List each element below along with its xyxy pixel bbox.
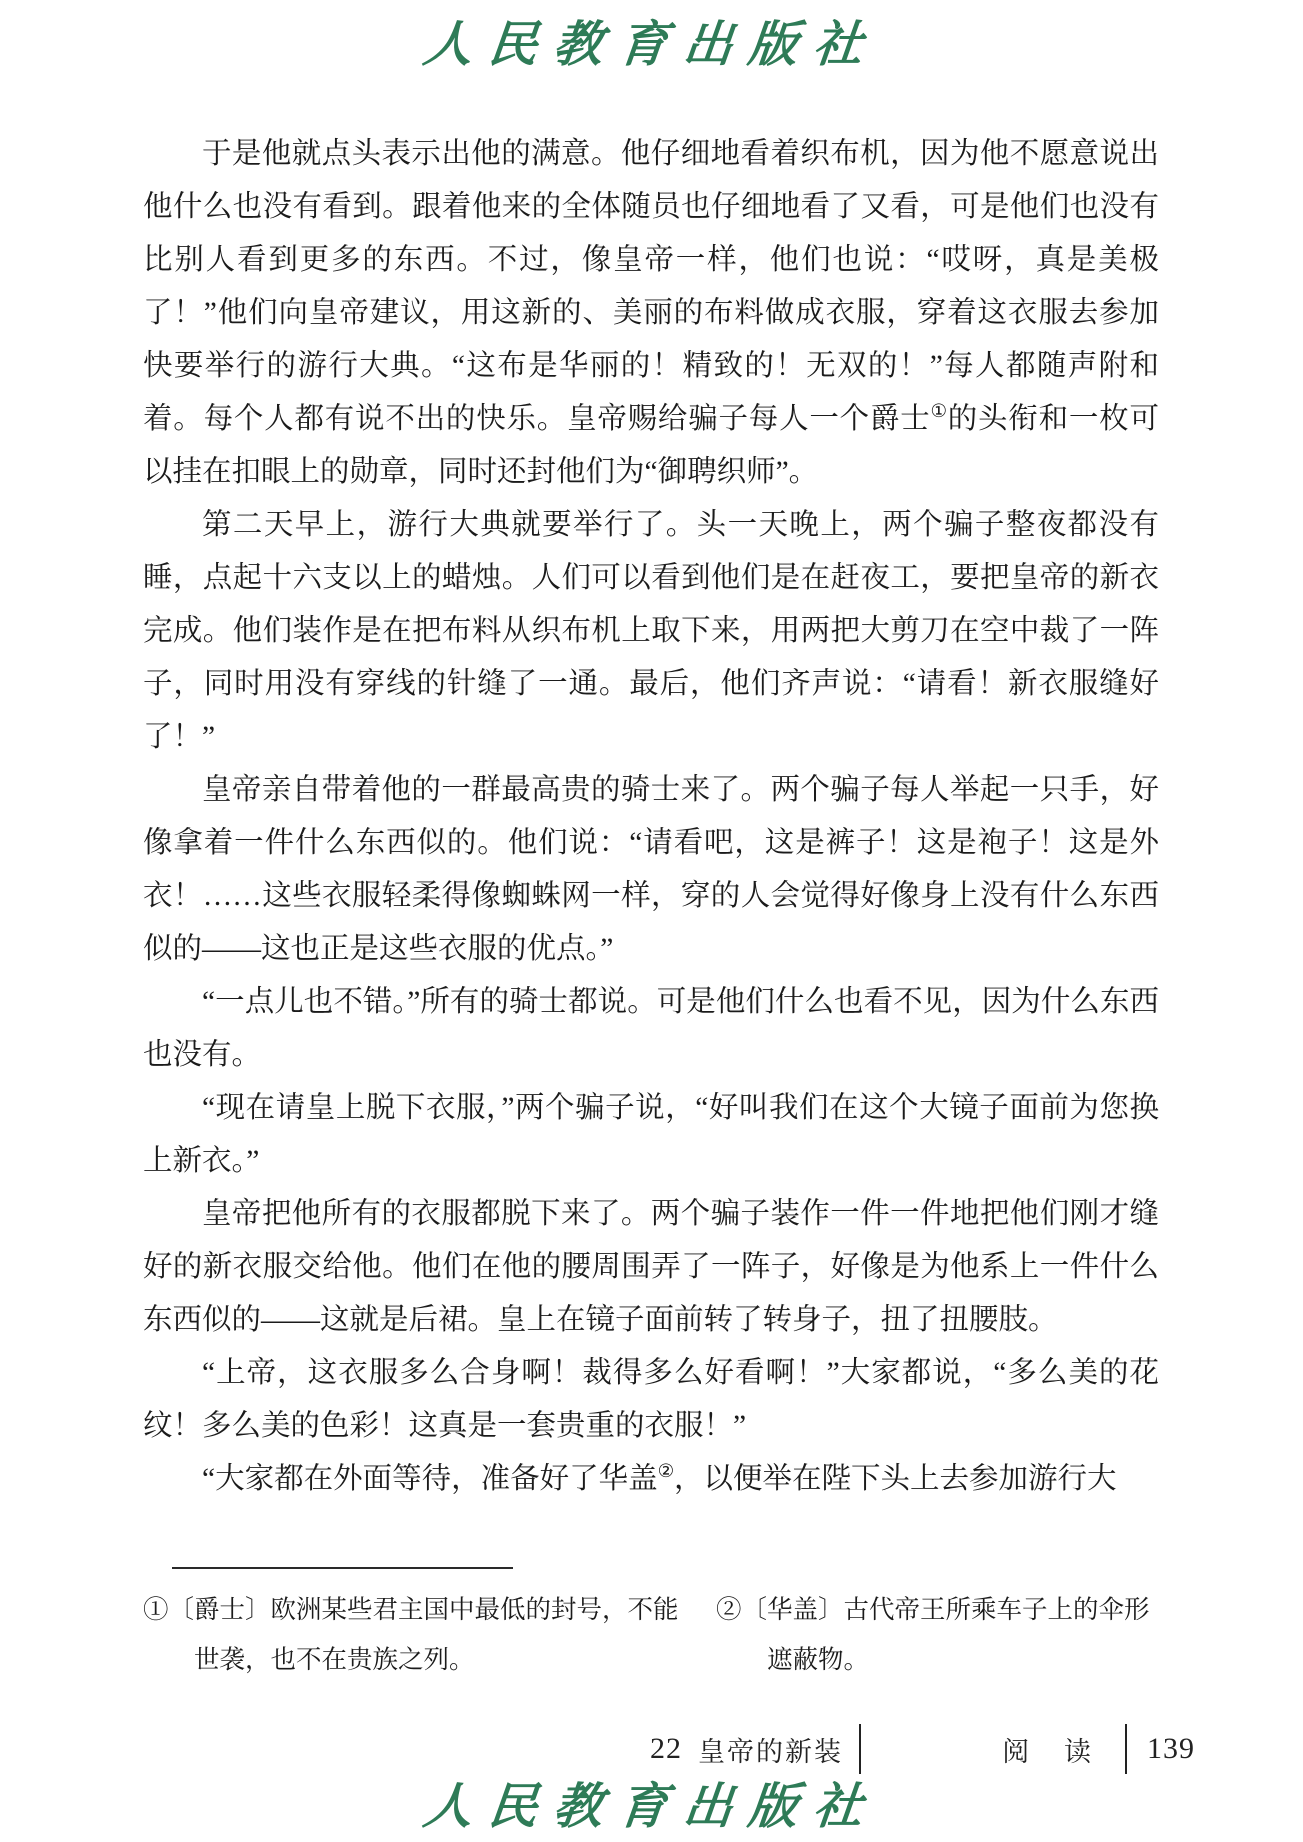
- lesson-body-text: 于是他就点头表示出他的满意。他仔细地看着织布机，因为他不愿意说出他什么也没有看到…: [143, 128, 1159, 1506]
- page-footer: 22 皇帝的新装 阅 读 139: [0, 1712, 1303, 1776]
- footnote-marker: ①: [143, 1595, 169, 1624]
- paragraph-text: ，以便举在陛下头上去参加游行大: [674, 1463, 1117, 1495]
- paragraph: 第二天早上，游行大典就要举行了。头一天晚上，两个骗子整夜都没有睡，点起十六支以上…: [143, 499, 1159, 764]
- footnote-column-right: ②〔华盖〕古代帝王所乘车子上的伞形遮蔽物。: [716, 1585, 1173, 1685]
- lesson-number: 22: [650, 1732, 682, 1766]
- footnote-text: 〔爵士〕欧洲某些君主国中最低的封号，不能世袭，也不在贵族之列。: [169, 1595, 679, 1674]
- publisher-logo-top: 人民教育出版社: [0, 6, 1303, 76]
- footer-page-info: 阅 读 139: [1002, 1724, 1195, 1774]
- page-number: 139: [1147, 1732, 1195, 1766]
- footnote-column-left: ①〔爵士〕欧洲某些君主国中最低的封号，不能世袭，也不在贵族之列。: [143, 1585, 716, 1685]
- paragraph-text: “现在请皇上脱下衣服，”两个骗子说，“好叫我们在这个大镜子面前为您换上新衣。”: [143, 1092, 1159, 1177]
- footnote-block: ①〔爵士〕欧洲某些君主国中最低的封号，不能世袭，也不在贵族之列。 ②〔华盖〕古代…: [143, 1554, 1173, 1685]
- paragraph: “一点儿也不错。”所有的骑士都说。可是他们什么也看不见，因为什么东西也没有。: [143, 976, 1159, 1082]
- paragraph: 皇帝亲自带着他的一群最高贵的骑士来了。两个骗子每人举起一只手，好像拿着一件什么东…: [143, 764, 1159, 976]
- paragraph-text: 于是他就点头表示出他的满意。他仔细地看着织布机，因为他不愿意说出他什么也没有看到…: [143, 138, 1159, 435]
- paragraph-text: “大家都在外面等待，准备好了华盖: [202, 1463, 658, 1495]
- footnote-item-2: ②〔华盖〕古代帝王所乘车子上的伞形遮蔽物。: [716, 1585, 1173, 1685]
- footnote-ref-2: ②: [658, 1461, 674, 1481]
- textbook-page: 人民教育出版社 于是他就点头表示出他的满意。他仔细地看着织布机，因为他不愿意说出…: [0, 0, 1303, 1842]
- paragraph-text: “上帝，这衣服多么合身啊！裁得多么好看啊！”大家都说，“多么美的花纹！多么美的色…: [143, 1357, 1159, 1442]
- paragraph: “大家都在外面等待，准备好了华盖②，以便举在陛下头上去参加游行大: [143, 1453, 1159, 1506]
- footnote-marker: ②: [716, 1595, 742, 1624]
- paragraph-text: “一点儿也不错。”所有的骑士都说。可是他们什么也看不见，因为什么东西也没有。: [143, 986, 1159, 1071]
- paragraph: 于是他就点头表示出他的满意。他仔细地看着织布机，因为他不愿意说出他什么也没有看到…: [143, 128, 1159, 499]
- paragraph: “上帝，这衣服多么合身啊！裁得多么好看啊！”大家都说，“多么美的花纹！多么美的色…: [143, 1347, 1159, 1453]
- footnote-ref-1: ①: [931, 401, 948, 421]
- footnote-item-1: ①〔爵士〕欧洲某些君主国中最低的封号，不能世袭，也不在贵族之列。: [143, 1585, 696, 1685]
- paragraph: 皇帝把他所有的衣服都脱下来了。两个骗子装作一件一件地把他们刚才缝好的新衣服交给他…: [143, 1188, 1159, 1347]
- paragraph-text: 第二天早上，游行大典就要举行了。头一天晚上，两个骗子整夜都没有睡，点起十六支以上…: [143, 509, 1159, 753]
- paragraph-text: 皇帝把他所有的衣服都脱下来了。两个骗子装作一件一件地把他们刚才缝好的新衣服交给他…: [143, 1198, 1159, 1336]
- footer-divider-left: [859, 1724, 861, 1774]
- lesson-title: 皇帝的新装: [698, 1730, 843, 1769]
- footnote-divider: [172, 1567, 513, 1569]
- paragraph-text: 皇帝亲自带着他的一群最高贵的骑士来了。两个骗子每人举起一只手，好像拿着一件什么东…: [143, 774, 1159, 965]
- footnote-text: 〔华盖〕古代帝王所乘车子上的伞形遮蔽物。: [742, 1595, 1150, 1674]
- paragraph: “现在请皇上脱下衣服，”两个骗子说，“好叫我们在这个大镜子面前为您换上新衣。”: [143, 1082, 1159, 1188]
- footer-lesson-info: 22 皇帝的新装: [650, 1724, 861, 1774]
- publisher-logo-bottom: 人民教育出版社: [0, 1768, 1303, 1838]
- footnote-columns: ①〔爵士〕欧洲某些君主国中最低的封号，不能世袭，也不在贵族之列。 ②〔华盖〕古代…: [143, 1585, 1173, 1685]
- section-label: 阅 读: [1002, 1730, 1105, 1769]
- footer-divider-right: [1125, 1724, 1127, 1774]
